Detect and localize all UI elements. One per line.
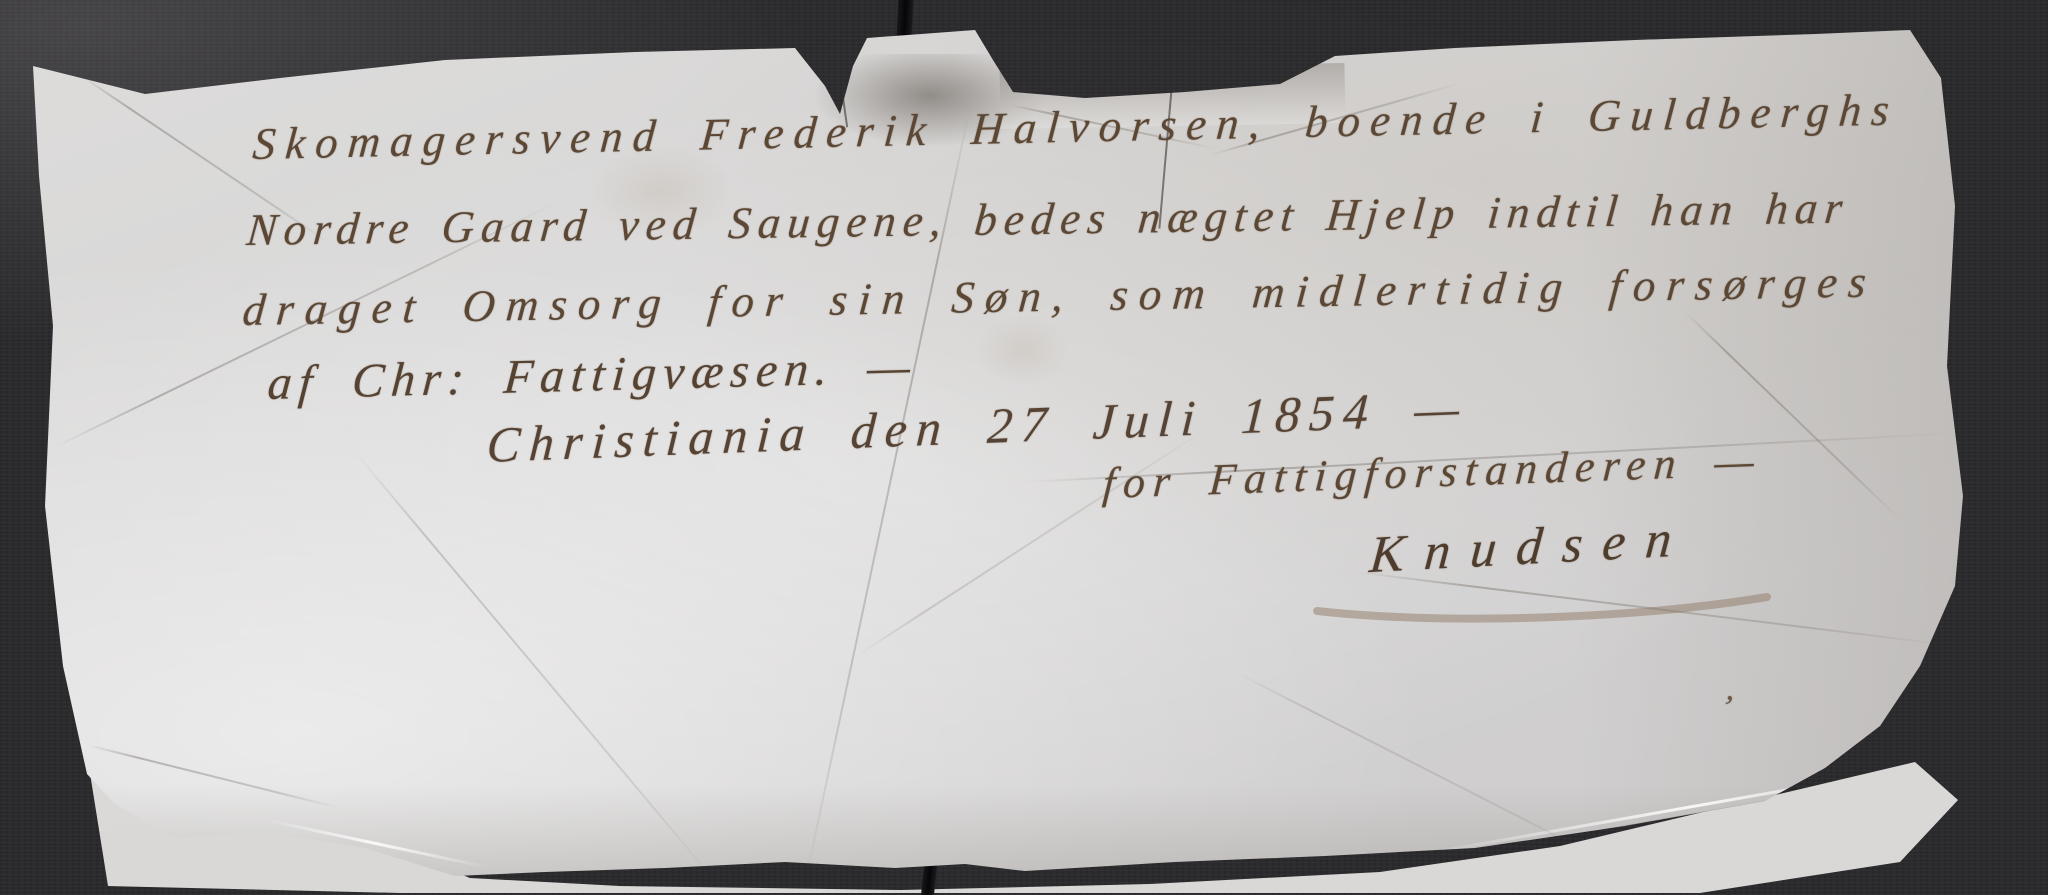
stray-ink-mark: ’ <box>1717 688 1735 727</box>
handwriting-line-1: Skomagersvend Frederik Halvorsen, boende… <box>251 83 1901 170</box>
paper-crease <box>354 451 715 881</box>
archive-scan-photo: Skomagersvend Frederik Halvorsen, boende… <box>0 0 2048 895</box>
signature-flourish <box>1305 581 1785 631</box>
paper-crease <box>1355 571 1951 646</box>
paper-crease <box>87 744 340 809</box>
handwritten-note-paper: Skomagersvend Frederik Halvorsen, boende… <box>25 26 1970 888</box>
handwriting-line-4: af Chr: Fattigvæsen. — <box>266 339 919 411</box>
paper-stain <box>975 314 1070 386</box>
handwriting-line-3: draget Omsorg for sin Søn, som midlertid… <box>241 255 1880 336</box>
paper-crease <box>1235 671 1619 868</box>
handwriting-line-2: Nordre Gaard ved Saugene, bedes nægtet H… <box>245 182 1852 256</box>
signature: Knudsen <box>1367 509 1694 585</box>
paper-crease <box>1684 311 1901 521</box>
